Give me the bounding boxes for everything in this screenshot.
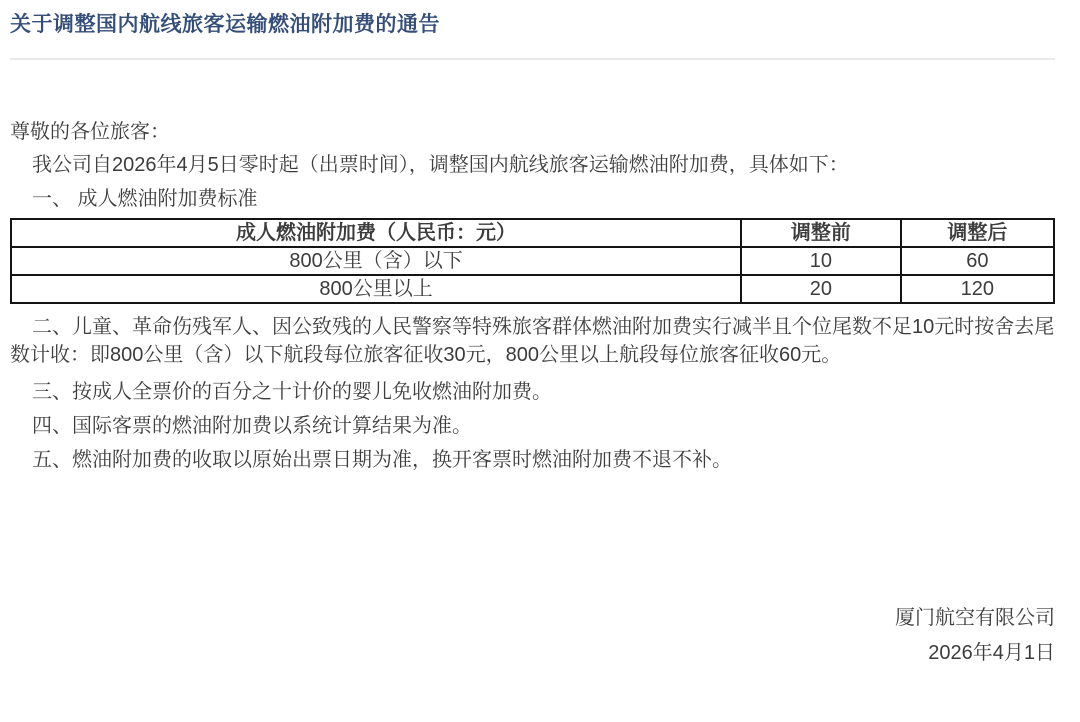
clause-paragraph-2: 二、儿童、革命伤残军人、因公致残的人民警察等特殊旅客群体燃油附加费实行减半且个位… <box>10 313 1055 369</box>
table-row: 800公里以上 20 120 <box>11 275 1054 303</box>
clause-paragraph-3: 三、按成人全票价的百分之十计价的婴儿免收燃油附加费。 <box>10 378 1055 406</box>
notice-document: 关于调整国内航线旅客运输燃油附加费的通告 尊敬的各位旅客： 我公司自2026年4… <box>0 0 1080 722</box>
notice-date: 2026年4月1日 <box>10 639 1055 667</box>
after-value-cell: 120 <box>901 275 1054 303</box>
section-heading-adult-standard: 一、 成人燃油附加费标准 <box>10 185 1055 213</box>
before-value-cell: 20 <box>741 275 901 303</box>
fuel-surcharge-table: 成人燃油附加费（人民币：元） 调整前 调整后 800公里（含）以下 10 60 … <box>10 218 1055 304</box>
table-row: 800公里（含）以下 10 60 <box>11 247 1054 275</box>
page-title: 关于调整国内航线旅客运输燃油附加费的通告 <box>10 14 1055 36</box>
table-header-category: 成人燃油附加费（人民币：元） <box>11 219 741 247</box>
segment-cell: 800公里以上 <box>11 275 741 303</box>
table-header-before: 调整前 <box>741 219 901 247</box>
clause-paragraph-5: 五、燃油附加费的收取以原始出票日期为准，换开客票时燃油附加费不退不补。 <box>10 446 1055 474</box>
table-header-after: 调整后 <box>901 219 1054 247</box>
title-divider <box>10 58 1055 60</box>
table-header-row: 成人燃油附加费（人民币：元） 调整前 调整后 <box>11 219 1054 247</box>
company-signature: 厦门航空有限公司 <box>10 604 1055 632</box>
intro-paragraph: 我公司自2026年4月5日零时起（出票时间），调整国内航线旅客运输燃油附加费，具… <box>10 151 1055 179</box>
before-value-cell: 10 <box>741 247 901 275</box>
segment-cell: 800公里（含）以下 <box>11 247 741 275</box>
salutation: 尊敬的各位旅客： <box>10 118 1055 146</box>
after-value-cell: 60 <box>901 247 1054 275</box>
clause-paragraph-4: 四、国际客票的燃油附加费以系统计算结果为准。 <box>10 412 1055 440</box>
